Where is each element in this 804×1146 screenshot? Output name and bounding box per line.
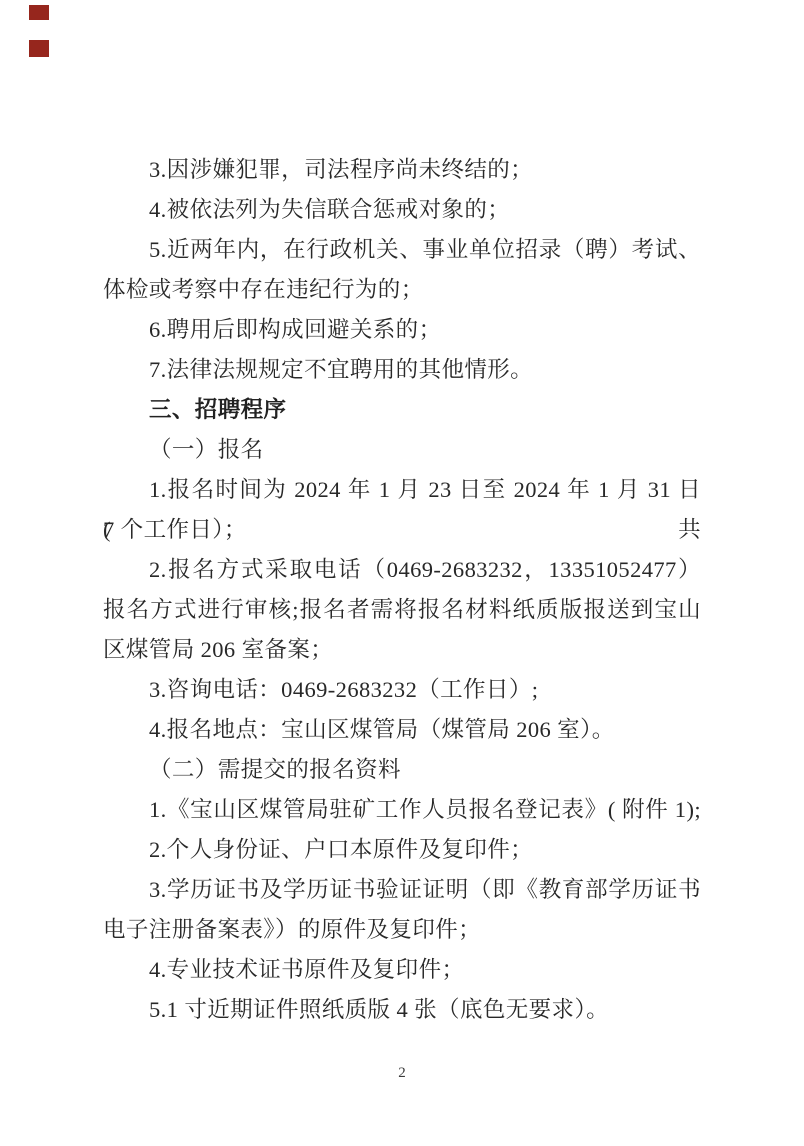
item-1-line1: 1.报名时间为 2024 年 1 月 23 日至 2024 年 1 月 31 日… [103, 470, 701, 510]
clause-5-line2: 体检或考察中存在违纪行为的； [103, 270, 701, 310]
document-body: 3.因涉嫌犯罪，司法程序尚未终结的；4.被依法列为失信联合惩戒对象的；5.近两年… [103, 150, 701, 1030]
page-number: 2 [0, 1062, 804, 1084]
section-heading: 三、招聘程序 [103, 390, 701, 430]
material-3-line1: 3.学历证书及学历证书验证证明（即《教育部学历证书 [103, 870, 701, 910]
subsection-1-heading: （一）报名 [103, 430, 701, 470]
clause-3: 3.因涉嫌犯罪，司法程序尚未终结的； [103, 150, 701, 190]
item-4: 4.报名地点：宝山区煤管局（煤管局 206 室）。 [103, 710, 701, 750]
clause-7: 7.法律法规规定不宜聘用的其他情形。 [103, 350, 701, 390]
material-4: 4.专业技术证书原件及复印件； [103, 950, 701, 990]
item-2-line2: 报名方式进行审核;报名者需将报名材料纸质版报送到宝山 [103, 590, 701, 630]
item-2-line3: 区煤管局 206 室备案； [103, 630, 701, 670]
material-3-line2: 电子注册备案表》）的原件及复印件； [103, 910, 701, 950]
red-stamp-mark-bottom [29, 40, 49, 57]
clause-6: 6.聘用后即构成回避关系的； [103, 310, 701, 350]
item-3: 3.咨询电话：0469-2683232（工作日）; [103, 670, 701, 710]
document-page: 3.因涉嫌犯罪，司法程序尚未终结的；4.被依法列为失信联合惩戒对象的；5.近两年… [0, 0, 804, 1146]
clause-4: 4.被依法列为失信联合惩戒对象的； [103, 190, 701, 230]
material-1: 1.《宝山区煤管局驻矿工作人员报名登记表》( 附件 1); [103, 790, 701, 830]
subsection-2-heading: （二）需提交的报名资料 [103, 750, 701, 790]
material-2: 2.个人身份证、户口本原件及复印件； [103, 830, 701, 870]
material-5: 5.1 寸近期证件照纸质版 4 张（底色无要求）。 [103, 990, 701, 1030]
red-stamp-mark-top [29, 5, 49, 20]
clause-5-line1: 5.近两年内，在行政机关、事业单位招录（聘）考试、 [103, 230, 701, 270]
item-2-line1: 2.报名方式采取电话（0469-2683232，13351052477） [103, 550, 701, 590]
